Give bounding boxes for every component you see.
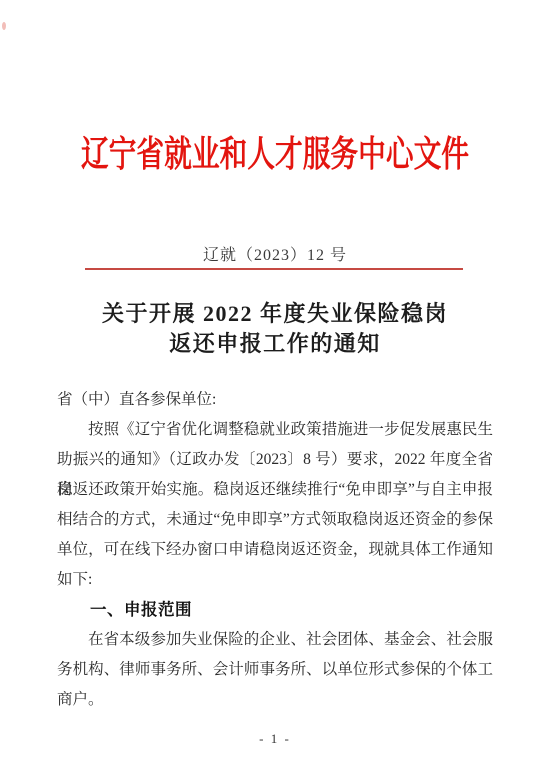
paragraph-1-line: 助振兴的通知》（辽政办发〔2023〕8 号）要求，2022 年度全省稳 (57, 445, 493, 475)
paragraph-1-line: 岗返还政策开始实施。稳岗返还继续推行“免申即享”与自主申报 (57, 475, 493, 505)
document-number: 辽就（2023）12 号 (0, 246, 550, 266)
document-title: 关于开展 2022 年度失业保险稳岗 返还申报工作的通知 (0, 299, 550, 359)
red-divider-line (85, 268, 463, 270)
scan-artifact-mark (2, 22, 6, 30)
salutation: 省（中）直各参保单位: (57, 385, 493, 415)
document-title-line-2: 返还申报工作的通知 (0, 329, 550, 359)
letterhead-title: 辽宁省就业和人才服务中心文件 (63, 134, 487, 174)
paragraph-1-line: 如下: (57, 565, 493, 595)
document-page: 辽宁省就业和人才服务中心文件 辽就（2023）12 号 关于开展 2022 年度… (0, 0, 550, 777)
page-number: - 1 - (0, 731, 550, 747)
section-1-heading: 一、申报范围 (57, 595, 493, 625)
paragraph-2-line: 务机构、律师事务所、会计师事务所、以单位形式参保的个体工 (57, 655, 493, 685)
paragraph-1-line: 单位，可在线下经办窗口申请稳岗返还资金，现就具体工作通知 (57, 535, 493, 565)
document-body: 省（中）直各参保单位: 按照《辽宁省优化调整稳就业政策措施进一步促发展惠民生 助… (57, 385, 493, 715)
paragraph-2-line: 商户。 (57, 685, 493, 715)
document-title-line-1: 关于开展 2022 年度失业保险稳岗 (0, 299, 550, 329)
paragraph-1-line: 按照《辽宁省优化调整稳就业政策措施进一步促发展惠民生 (57, 415, 493, 445)
paragraph-2-line: 在省本级参加失业保险的企业、社会团体、基金会、社会服 (57, 625, 493, 655)
paragraph-1-line: 相结合的方式，未通过“免申即享”方式领取稳岗返还资金的参保 (57, 505, 493, 535)
